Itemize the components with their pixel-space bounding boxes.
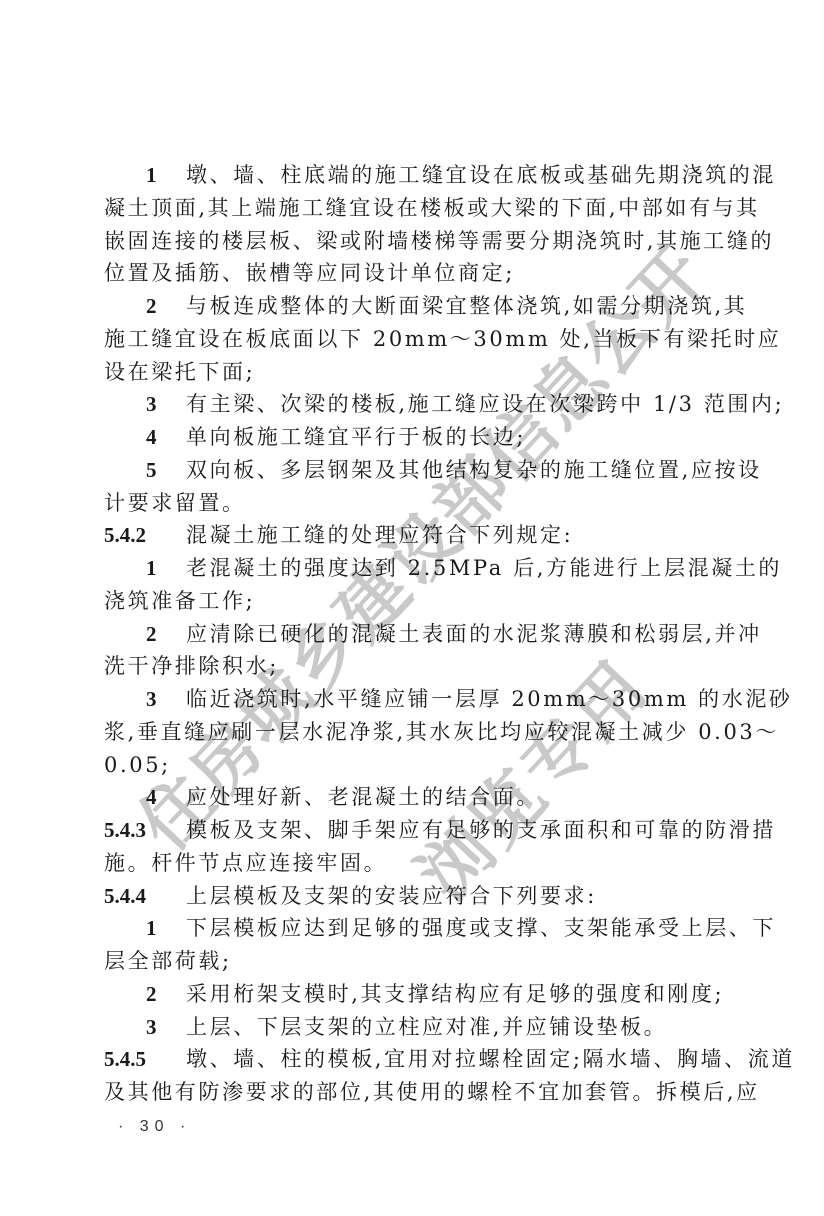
line-text: 0.05;: [104, 753, 171, 777]
item-number: 1: [146, 552, 186, 585]
continuation-line: 嵌固连接的楼层板、梁或附墙楼梯等需要分期浇筑时,其施工缝的: [104, 225, 720, 258]
list-item-first-line: 1下层模板应达到足够的强度或支撑、支架能承受上层、下: [104, 912, 720, 945]
clause-heading-line: 5.4.3模板及支架、脚手架应有足够的支承面积和可靠的防滑措: [104, 814, 720, 847]
line-text: 墩、墙、柱的模板,宜用对拉螺栓固定;隔水墙、胸墙、流道: [186, 1047, 795, 1071]
page-number: · 30 ·: [118, 1118, 191, 1136]
continuation-line: 0.05;: [104, 749, 720, 782]
line-text: 单向板施工缝宜平行于板的长边;: [186, 425, 526, 449]
line-text: 应清除已硬化的混凝土表面的水泥浆薄膜和松弱层,并冲: [186, 622, 762, 646]
continuation-line: 层全部荷载;: [104, 945, 720, 978]
line-text: 与板连成整体的大断面梁宜整体浇筑,如需分期浇筑,其: [186, 294, 747, 318]
item-number: 5: [146, 454, 186, 487]
list-item-first-line: 2与板连成整体的大断面梁宜整体浇筑,如需分期浇筑,其: [104, 290, 720, 323]
item-number: 2: [146, 978, 186, 1011]
document-body: 1墩、墙、柱底端的施工缝宜设在底板或基础先期浇筑的混凝土顶面,其上端施工缝宜设在…: [104, 159, 720, 1109]
line-text: 浇筑准备工作;: [104, 589, 255, 613]
item-number: 3: [146, 388, 186, 421]
item-number: 4: [146, 421, 186, 454]
document-page: 住房城乡建设部信息公开 浏览专用 1墩、墙、柱底端的施工缝宜设在底板或基础先期浇…: [0, 0, 824, 1216]
list-item-first-line: 4单向板施工缝宜平行于板的长边;: [104, 421, 720, 454]
list-item-first-line: 4应处理好新、老混凝土的结合面。: [104, 781, 720, 814]
continuation-line: 施工缝宜设在板底面以下 20mm～30mm 处,当板下有梁托时应: [104, 323, 720, 356]
clause-heading-line: 5.4.4上层模板及支架的安装应符合下列要求:: [104, 880, 720, 913]
clause-number: 5.4.3: [104, 814, 186, 847]
list-item-first-line: 3临近浇筑时,水平缝应铺一层厚 20mm～30mm 的水泥砂: [104, 683, 720, 716]
line-text: 老混凝土的强度达到 2.5MPa 后,方能进行上层混凝土的: [186, 556, 782, 580]
list-item-first-line: 1墩、墙、柱底端的施工缝宜设在底板或基础先期浇筑的混: [104, 159, 720, 192]
line-text: 采用桁架支模时,其支撑结构应有足够的强度和刚度;: [186, 982, 724, 1006]
line-text: 应处理好新、老混凝土的结合面。: [186, 785, 540, 809]
line-text: 计要求留置。: [104, 491, 246, 515]
item-number: 4: [146, 781, 186, 814]
line-text: 嵌固连接的楼层板、梁或附墙楼梯等需要分期浇筑时,其施工缝的: [104, 229, 774, 253]
list-item-first-line: 2采用桁架支模时,其支撑结构应有足够的强度和刚度;: [104, 978, 720, 1011]
continuation-line: 浇筑准备工作;: [104, 585, 720, 618]
line-text: 施。杆件节点应连接牢固。: [104, 851, 387, 875]
continuation-line: 计要求留置。: [104, 487, 720, 520]
line-text: 浆,垂直缝应刷一层水泥净浆,其水灰比均应较混凝土减少 0.03～: [104, 720, 779, 744]
item-number: 3: [146, 1011, 186, 1044]
clause-heading-line: 5.4.5墩、墙、柱的模板,宜用对拉螺栓固定;隔水墙、胸墙、流道: [104, 1043, 720, 1076]
clause-number: 5.4.2: [104, 519, 186, 552]
continuation-line: 施。杆件节点应连接牢固。: [104, 847, 720, 880]
item-number: 2: [146, 618, 186, 651]
line-text: 设在梁托下面;: [104, 360, 255, 384]
line-text: 双向板、多层钢架及其他结构复杂的施工缝位置,应按设: [186, 458, 762, 482]
list-item-first-line: 3上层、下层支架的立柱应对准,并应铺设垫板。: [104, 1011, 720, 1044]
list-item-first-line: 2应清除已硬化的混凝土表面的水泥浆薄膜和松弱层,并冲: [104, 618, 720, 651]
continuation-line: 及其他有防渗要求的部位,其使用的螺栓不宜加套管。拆模后,应: [104, 1076, 720, 1109]
clause-heading-line: 5.4.2混凝土施工缝的处理应符合下列规定:: [104, 519, 720, 552]
line-text: 施工缝宜设在板底面以下 20mm～30mm 处,当板下有梁托时应: [104, 327, 781, 351]
item-number: 1: [146, 912, 186, 945]
line-text: 下层模板应达到足够的强度或支撑、支架能承受上层、下: [186, 916, 776, 940]
clause-number: 5.4.4: [104, 880, 186, 913]
line-text: 有主梁、次梁的楼板,施工缝应设在次梁跨中 1/3 范围内;: [186, 392, 784, 416]
continuation-line: 浆,垂直缝应刷一层水泥净浆,其水灰比均应较混凝土减少 0.03～: [104, 716, 720, 749]
continuation-line: 设在梁托下面;: [104, 356, 720, 389]
line-text: 上层模板及支架的安装应符合下列要求:: [186, 884, 597, 908]
clause-number: 5.4.5: [104, 1043, 186, 1076]
line-text: 层全部荷载;: [104, 949, 232, 973]
list-item-first-line: 3有主梁、次梁的楼板,施工缝应设在次梁跨中 1/3 范围内;: [104, 388, 720, 421]
line-text: 上层、下层支架的立柱应对准,并应铺设垫板。: [186, 1015, 667, 1039]
line-text: 及其他有防渗要求的部位,其使用的螺栓不宜加套管。拆模后,应: [104, 1080, 760, 1104]
line-text: 洗干净排除积水;: [104, 654, 279, 678]
list-item-first-line: 5双向板、多层钢架及其他结构复杂的施工缝位置,应按设: [104, 454, 720, 487]
continuation-line: 位置及插筋、嵌槽等应同设计单位商定;: [104, 257, 720, 290]
line-text: 凝土顶面,其上端施工缝宜设在楼板或大梁的下面,中部如有与其: [104, 196, 760, 220]
continuation-line: 洗干净排除积水;: [104, 650, 720, 683]
item-number: 2: [146, 290, 186, 323]
line-text: 模板及支架、脚手架应有足够的支承面积和可靠的防滑措: [186, 818, 776, 842]
item-number: 3: [146, 683, 186, 716]
line-text: 混凝土施工缝的处理应符合下列规定:: [186, 523, 573, 547]
line-text: 临近浇筑时,水平缝应铺一层厚 20mm～30mm 的水泥砂: [186, 687, 793, 711]
item-number: 1: [146, 159, 186, 192]
line-text: 墩、墙、柱底端的施工缝宜设在底板或基础先期浇筑的混: [186, 163, 776, 187]
list-item-first-line: 1老混凝土的强度达到 2.5MPa 后,方能进行上层混凝土的: [104, 552, 720, 585]
line-text: 位置及插筋、嵌槽等应同设计单位商定;: [104, 261, 515, 285]
continuation-line: 凝土顶面,其上端施工缝宜设在楼板或大梁的下面,中部如有与其: [104, 192, 720, 225]
